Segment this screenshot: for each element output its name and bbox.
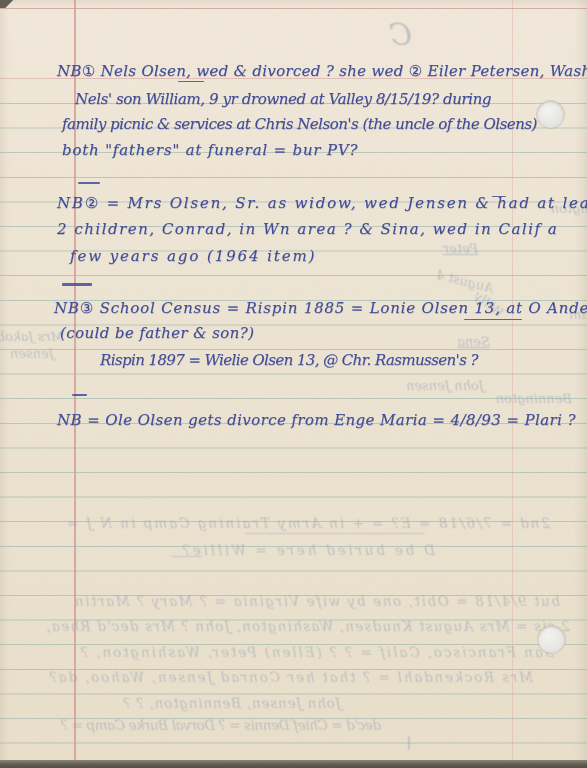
bleed-through-fragment: C <box>378 26 412 46</box>
separator-dash <box>72 394 87 396</box>
note-line: NB① Nels Olsen, wed & divorced ? she wed… <box>57 60 587 82</box>
bleed-through-fragment: Peter <box>430 240 478 260</box>
note-line: Nels' son William, 9 yr drowned at Valle… <box>75 88 491 110</box>
punch-hole <box>538 626 565 653</box>
note-line: both "fathers" at funeral = bur PV? <box>62 139 358 161</box>
note-line: Rispin 1897 = Wielie Olsen 13, @ Chr. Ra… <box>100 349 478 371</box>
bleed-through-line: John Jensen, Bennington, ? ? <box>136 694 341 714</box>
punch-hole <box>537 101 564 128</box>
bleed-through-fragment: Bennington <box>472 390 572 410</box>
bleed-through-fragment: John Jensen <box>392 377 484 397</box>
bleed-through-line: 2 sis = Mrs August Knudsen, Washington, … <box>50 617 570 637</box>
scan-edge-corner <box>0 0 16 8</box>
note-line: 2 children, Conrad, in Wn area ? & Sina,… <box>57 218 558 240</box>
note-line: family picnic & services at Chris Nelson… <box>62 113 537 135</box>
bleed-through-underline <box>245 533 425 534</box>
ink-underline <box>464 319 522 320</box>
separator-dash <box>62 283 92 286</box>
scan-edge-bottom <box>0 760 587 768</box>
note-line: few years ago (1964 item) <box>70 245 316 267</box>
top-margin-line <box>0 8 587 9</box>
note-line: (could be father & son?) <box>60 322 254 344</box>
bleed-through-line: D be buried here = Willie? <box>170 541 435 561</box>
separator-dash <box>78 182 100 184</box>
note-line: NB③ School Census = Rispin 1885 = Lonie … <box>54 297 587 319</box>
bleed-through-line: dec'd = Chief Dennis = ? Dorval Burke Ca… <box>96 716 381 736</box>
bleed-through-fragment: Jensen <box>0 345 54 365</box>
ink-underline <box>178 81 204 82</box>
note-line: NB = Ole Olsen gets divorce from Enge Ma… <box>57 409 576 431</box>
scanned-note-page: Peter August 4 Willy Mrs Jakob Jensen Se… <box>0 0 587 768</box>
note-line: NB② = Mrs Olsen, Sr. as widow, wed Jense… <box>57 192 587 214</box>
ink-overline <box>492 196 506 197</box>
bleed-through-line: Mrs Rockendahl = ? that her Conrad Jense… <box>58 668 533 688</box>
bleed-through-mark <box>408 736 410 750</box>
bleed-through-line: but 9/4/18 = Obit, one by wife Virginia … <box>56 592 560 612</box>
bleed-through-line: 2nd = 7/6/18 = E? = + in Army Training C… <box>62 514 550 534</box>
bleed-through-line: San Francisco, Calif = ? ? (Ellen) Peter… <box>54 643 554 663</box>
bleed-through-underline <box>172 556 202 557</box>
